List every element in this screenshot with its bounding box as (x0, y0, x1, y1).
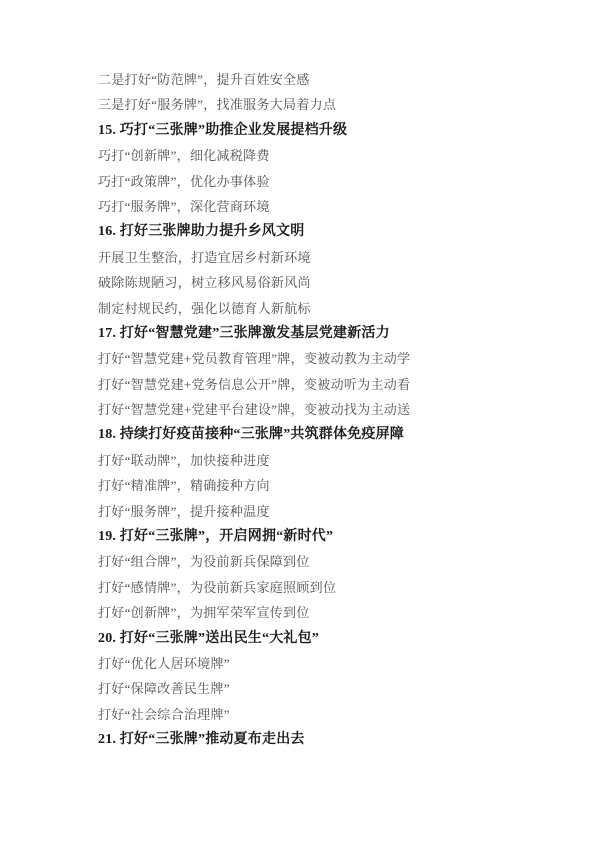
doc-line: 打好“感情牌”，为役前新兵家庭照顾到位 (98, 575, 536, 600)
section-heading: 19. 打好“三张牌”，开启网拥“新时代” (98, 524, 536, 549)
doc-line: 破除陈规陋习，树立移风易俗新风尚 (98, 270, 536, 295)
doc-line: 打好“保障改善民生牌” (98, 676, 536, 701)
doc-line: 打好“精准牌”，精确接种方向 (98, 473, 536, 498)
section-heading: 17. 打好“智慧党建”三张牌激发基层党建新活力 (98, 321, 536, 346)
doc-line: 开展卫生整治，打造宜居乡村新环境 (98, 245, 536, 270)
section-heading: 15. 巧打“三张牌”助推企业发展提档升级 (98, 118, 536, 143)
doc-line: 打好“组合牌”，为役前新兵保障到位 (98, 549, 536, 574)
doc-line: 巧打“创新牌”，细化减税降费 (98, 143, 536, 168)
section-heading: 21. 打好“三张牌”推动夏布走出去 (98, 727, 536, 752)
doc-line: 打好“优化人居环境牌” (98, 651, 536, 676)
doc-line: 三是打好“服务牌”，找准服务大局着力点 (98, 92, 536, 117)
section-heading: 16. 打好三张牌助力提升乡风文明 (98, 219, 536, 244)
document-page: 二是打好“防范牌”，提升百姓安全感 三是打好“服务牌”，找准服务大局着力点 15… (0, 0, 596, 842)
doc-line: 制定村规民约，强化以德育人新航标 (98, 296, 536, 321)
doc-line: 巧打“政策牌”，优化办事体验 (98, 169, 536, 194)
doc-line: 打好“服务牌”，提升接种温度 (98, 499, 536, 524)
doc-line: 打好“社会综合治理牌” (98, 702, 536, 727)
section-heading: 18. 持续打好疫苗接种“三张牌”共筑群体免疫屏障 (98, 422, 536, 447)
doc-line: 二是打好“防范牌”，提升百姓安全感 (98, 67, 536, 92)
doc-line: 打好“智慧党建+党建平台建设”牌，变被动找为主动送 (98, 397, 536, 422)
doc-line: 打好“智慧党建+党员教育管理”牌，变被动教为主动学 (98, 346, 536, 371)
section-heading: 20. 打好“三张牌”送出民生“大礼包” (98, 626, 536, 651)
doc-line: 打好“联动牌”，加快接种进度 (98, 448, 536, 473)
doc-line: 打好“智慧党建+党务信息公开”牌，变被动听为主动看 (98, 372, 536, 397)
doc-line: 打好“创新牌”，为拥军荣军宣传到位 (98, 600, 536, 625)
doc-line: 巧打“服务牌”，深化营商环境 (98, 194, 536, 219)
